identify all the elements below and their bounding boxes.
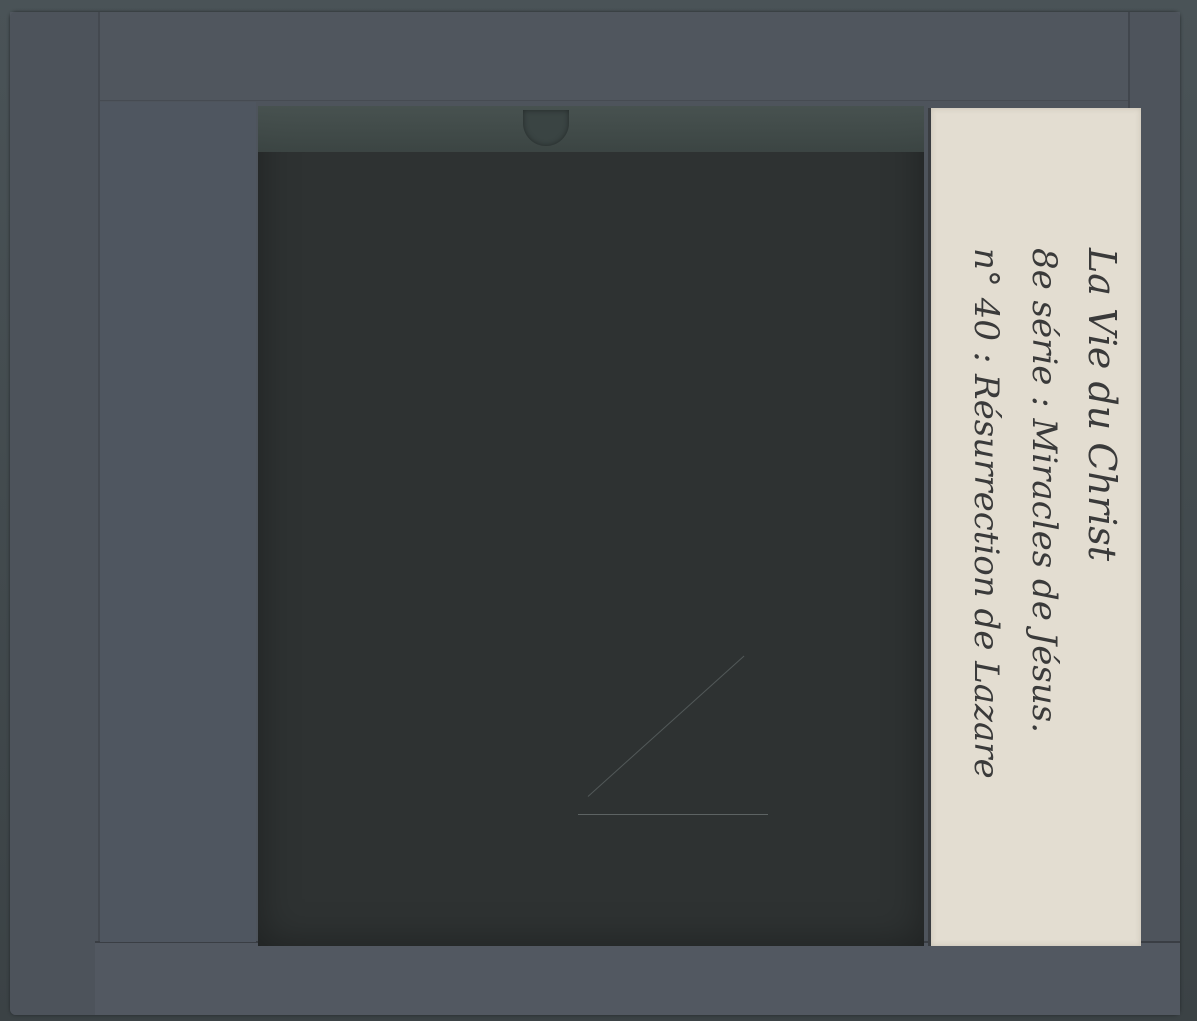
label-number: n° 40 : Résurrection de Lazare: [957, 248, 1015, 948]
lantern-slide-frame: La Vie du Christ 8e série : Miracles de …: [10, 12, 1180, 1015]
frame-top-band: [10, 12, 1180, 101]
label-series: 8e série : Miracles de Jésus.: [1015, 248, 1073, 948]
binding-tape: [258, 106, 924, 152]
label-title: La Vie du Christ: [1073, 248, 1131, 948]
handwritten-label-text: La Vie du Christ 8e série : Miracles de …: [957, 248, 1131, 948]
frame-left-edge: [10, 12, 100, 1015]
glass-scratch-horizontal: [578, 814, 768, 815]
mask-left-panel: [100, 102, 256, 942]
glass-plate: [258, 106, 924, 946]
paper-label: La Vie du Christ 8e série : Miracles de …: [928, 108, 1141, 946]
glass-scratch-diagonal: [588, 656, 745, 797]
frame-bottom-band: [95, 941, 1180, 1015]
